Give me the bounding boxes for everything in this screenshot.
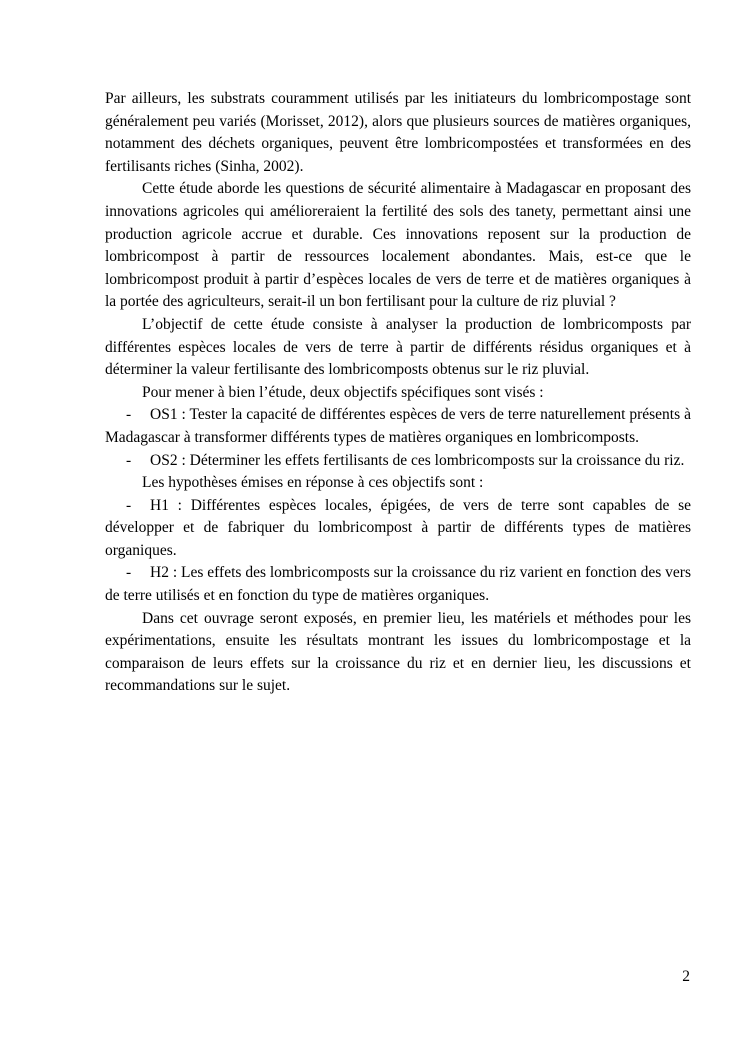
list-item-h1-text: H1 : Différentes espèces locales, épigée… [105,497,691,559]
list-dash-marker: - [126,404,150,427]
list-dash-marker: - [126,562,150,585]
document-page: Par ailleurs, les substrats couramment u… [0,0,745,1053]
list-item-os1-text: OS1 : Tester la capacité de différentes … [105,406,691,446]
list-item-h1: -H1 : Différentes espèces locales, épigé… [105,495,691,563]
list-item-os1: -OS1 : Tester la capacité de différentes… [105,404,691,449]
paragraph-hypotheses-intro: Les hypothèses émises en réponse à ces o… [105,472,691,495]
page-body-text: Par ailleurs, les substrats couramment u… [105,88,691,698]
list-item-h2: -H2 : Les effets des lombricomposts sur … [105,562,691,607]
list-item-h2-text: H2 : Les effets des lombricomposts sur l… [105,564,691,604]
paragraph-plan-ouvrage: Dans cet ouvrage seront exposés, en prem… [105,608,691,698]
list-item-os2: -OS2 : Déterminer les effets fertilisant… [105,450,691,473]
paragraph-etude-securite: Cette étude aborde les questions de sécu… [105,178,691,314]
paragraph-objectifs-specifiques-intro: Pour mener à bien l’étude, deux objectif… [105,382,691,405]
list-dash-marker: - [126,495,150,518]
page-number: 2 [682,966,690,988]
list-dash-marker: - [126,450,150,473]
paragraph-substrats: Par ailleurs, les substrats couramment u… [105,88,691,178]
list-item-os2-text: OS2 : Déterminer les effets fertilisants… [150,452,684,469]
paragraph-objectif: L’objectif de cette étude consiste à ana… [105,314,691,382]
